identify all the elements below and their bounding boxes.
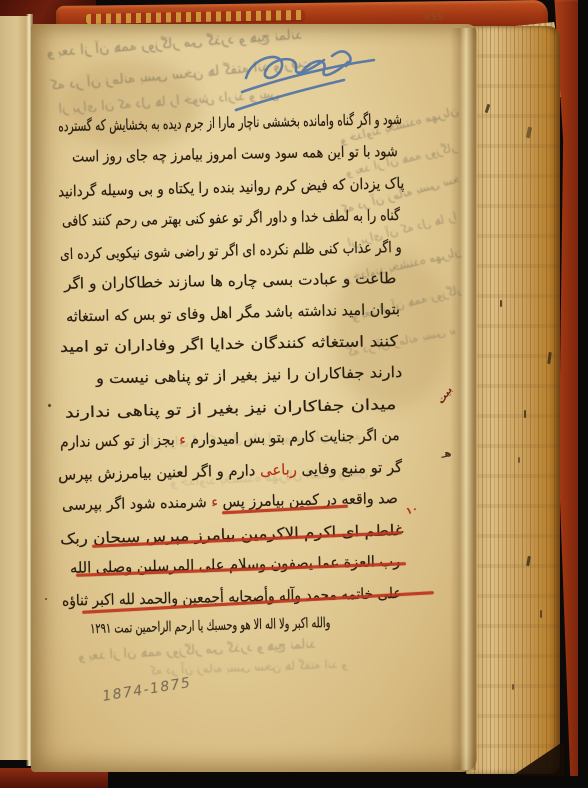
manuscript-line: کنند استغاثه کنندگان خدایا اگر وفاداران … bbox=[60, 332, 398, 356]
manuscript-line: دارند جفاکاران را نیز بغیر از تو پناهی ن… bbox=[96, 363, 403, 387]
red-ink-word: رباعی bbox=[260, 460, 297, 479]
manuscript-line: میدان جفاکاران نیز بغیر از تو پناهی ندار… bbox=[65, 395, 397, 422]
manuscript-line: طاعت و عبادت بسی چاره ها سازند خطاکاران … bbox=[64, 269, 397, 293]
fore-edge-speck bbox=[518, 457, 520, 463]
fore-edge-speck bbox=[512, 684, 514, 690]
manuscript-line: شود با تو این همه سود وست امروز بیامرز چ… bbox=[72, 142, 398, 166]
fore-edge-speck bbox=[524, 410, 526, 418]
manuscript-line: والله اكبر ولا اله الا هو وحسبك يا ارحم … bbox=[90, 615, 331, 637]
manuscript-line: گناه را به لطف خدا و داور اگر تو عفو کنی… bbox=[62, 206, 400, 230]
manuscript-text-block: شود و اگر گناه وامانده بخششی ناچار مارا … bbox=[0, 0, 588, 788]
fore-edge-speck bbox=[500, 300, 502, 307]
ha-margin-mark: هـ bbox=[440, 448, 452, 461]
manuscript-line: من اگر جنایت کارم بتو بس امیدوارم ء بجز … bbox=[60, 426, 400, 451]
manuscript-line: گر تو منبع وفایی رباعی دارم و اگر لعنین … bbox=[58, 458, 402, 484]
manuscript-line: و اگر عذاب کنی ظلم نکرده ای اگر تو راضی … bbox=[60, 238, 402, 263]
ink-speck bbox=[45, 598, 47, 600]
manuscript-line: بتوان امید نداشته باشد مگر اهل وفای تو ب… bbox=[66, 300, 400, 326]
fore-edge-speck bbox=[540, 610, 542, 618]
manuscript-photo: و بعد از آن همه روزگار می گذرد و هیچ نما… bbox=[0, 0, 588, 788]
manuscript-line: پاک یزدان که فیض کرم روانید بنده را یکتا… bbox=[58, 174, 405, 200]
manuscript-line: شود و اگر گناه وامانده بخششی ناچار مارا … bbox=[58, 110, 402, 135]
